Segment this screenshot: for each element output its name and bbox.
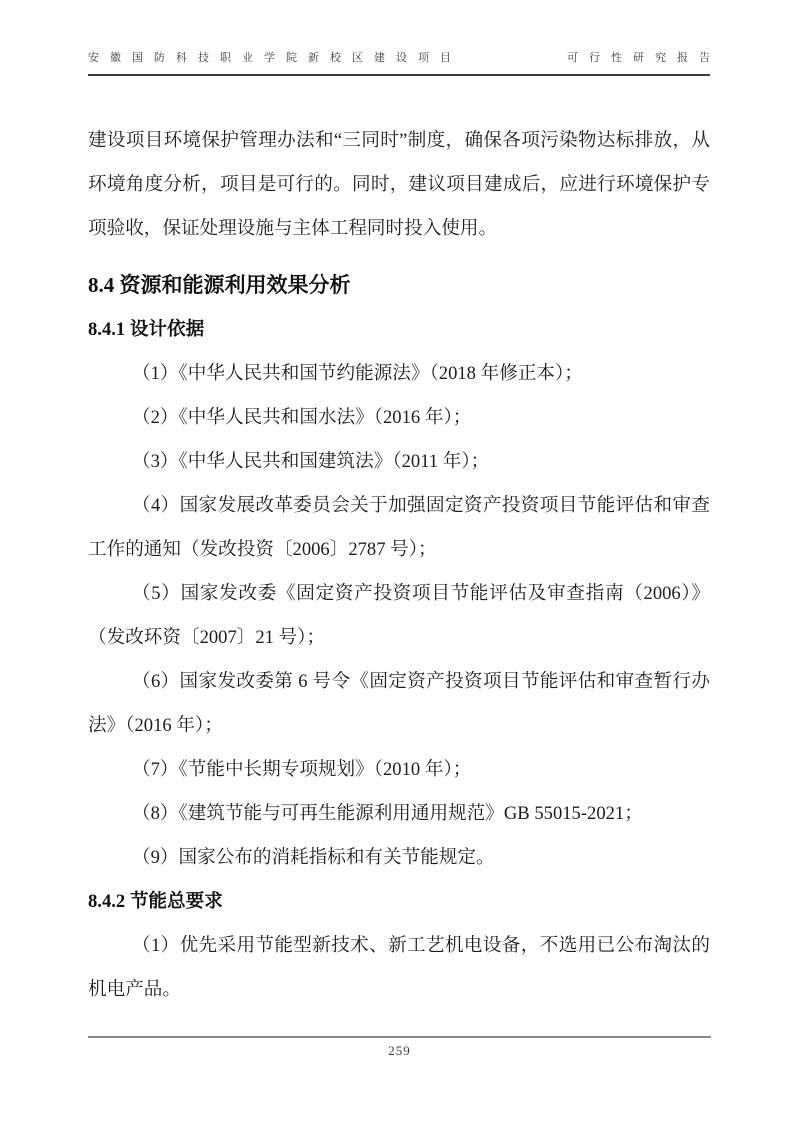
header-report-type: 可行性研究报告 xyxy=(567,50,721,66)
design-basis-item-4: （4）国家发展改革委员会关于加强固定资产投资项目节能评估和审查工作的通知（发改投… xyxy=(88,484,710,572)
paragraph-environment-conclusion: 建设项目环境保护管理办法和“三同时”制度，确保各项污染物达标排放，从环境角度分析… xyxy=(88,119,710,251)
design-basis-item-1: （1）《中华人民共和国节约能源法》（2018 年修正本）； xyxy=(88,352,710,396)
page-header: 安徽国防科技职业学院新校区建设项目 可行性研究报告 xyxy=(88,50,710,76)
page-number: 259 xyxy=(388,1043,411,1058)
page-footer: 259 xyxy=(88,1036,711,1060)
design-basis-item-2: （2）《中华人民共和国水法》（2016 年）； xyxy=(88,396,710,440)
design-basis-item-3: （3）《中华人民共和国建筑法》（2011 年）； xyxy=(88,440,710,484)
design-basis-item-5: （5）国家发改委《固定资产投资项目节能评估及审查指南（2006）》（发改环资〔2… xyxy=(88,572,710,660)
energy-requirement-item-1: （1）优先采用节能型新技术、新工艺机电设备，不选用已公布淘汰的机电产品。 xyxy=(88,924,710,1012)
design-basis-item-8: （8）《建筑节能与可再生能源利用通用规范》GB 55015-2021； xyxy=(88,792,710,836)
document-body: 建设项目环境保护管理办法和“三同时”制度，确保各项污染物达标排放，从环境角度分析… xyxy=(88,119,710,1012)
document-page: 安徽国防科技职业学院新校区建设项目 可行性研究报告 建设项目环境保护管理办法和“… xyxy=(0,0,793,1122)
section-heading-8-4: 8.4 资源和能源利用效果分析 xyxy=(88,262,710,308)
subsection-heading-8-4-1: 8.4.1 设计依据 xyxy=(88,308,710,352)
design-basis-item-6: （6）国家发改委第 6 号令《固定资产投资项目节能评估和审查暂行办法》（2016… xyxy=(88,660,710,748)
design-basis-item-9: （9）国家公布的消耗指标和有关节能规定。 xyxy=(88,836,710,880)
header-project-title: 安徽国防科技职业学院新校区建设项目 xyxy=(88,50,462,66)
subsection-heading-8-4-2: 8.4.2 节能总要求 xyxy=(88,880,710,924)
design-basis-item-7: （7）《节能中长期专项规划》（2010 年）； xyxy=(88,748,710,792)
